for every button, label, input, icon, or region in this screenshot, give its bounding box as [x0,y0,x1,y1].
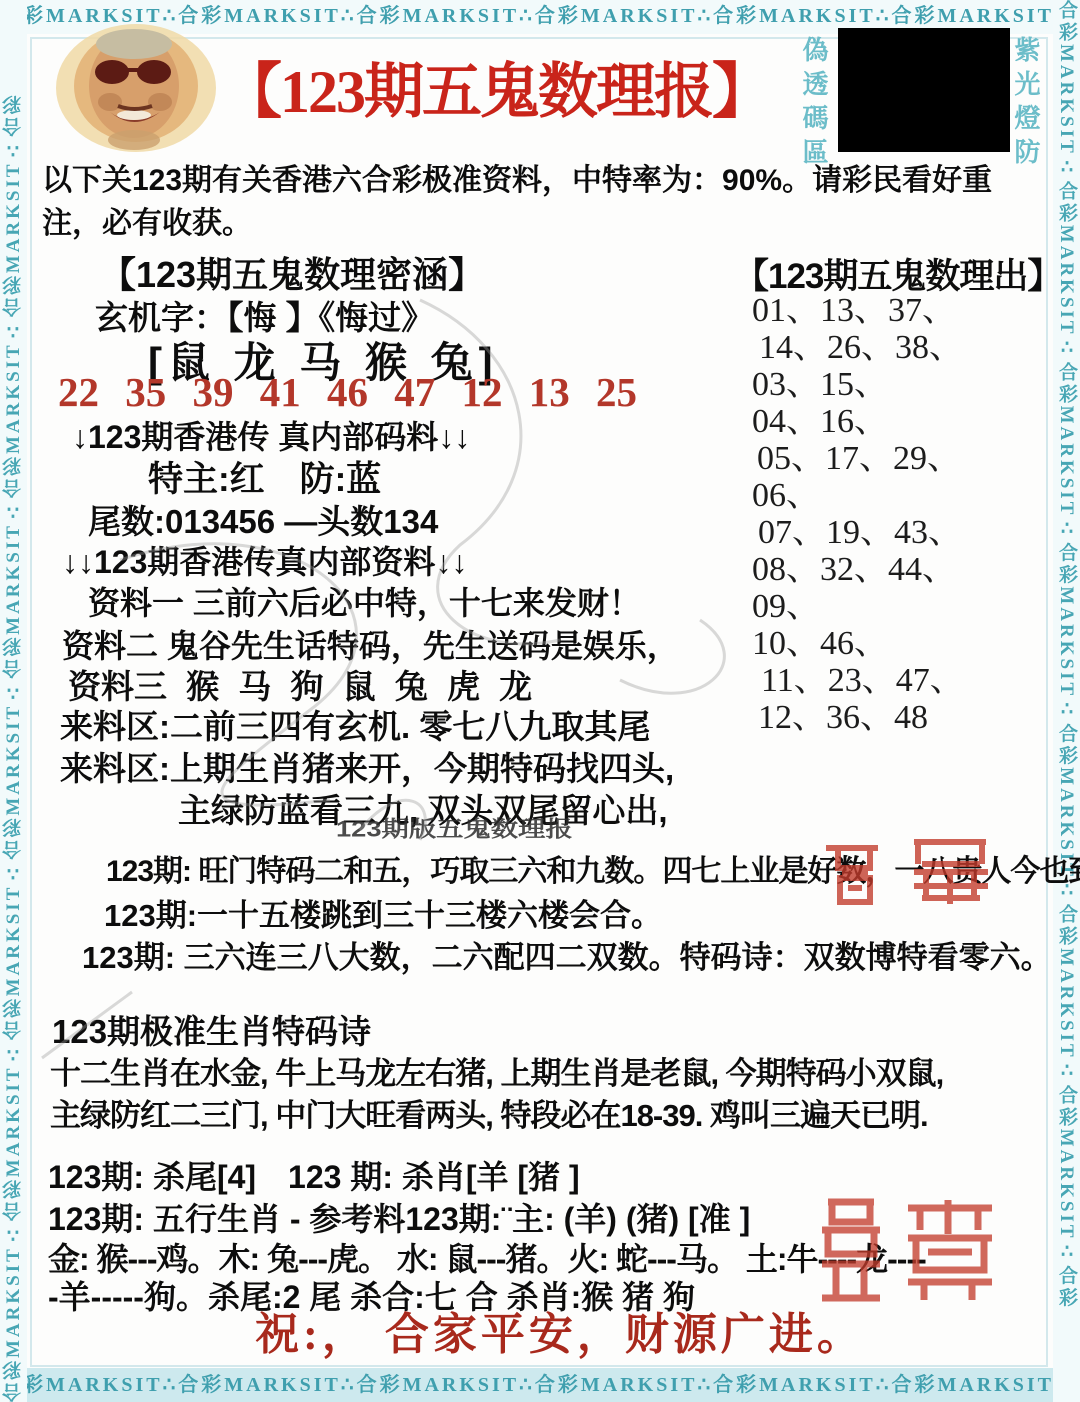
faint-subtitle: 123期版五鬼数理报 [336,812,573,843]
source-line-1: 来料区:二前三四有玄机. 零七八九取其尾 [60,701,650,748]
info-line-1: 资料一 三前六后必中特，十七来发财！ [88,578,641,624]
number-row: 04、16、 [752,403,964,440]
smiling-man-portrait [52,20,220,160]
border-bottom-marksit: 合彩MARKSIT∴合彩MARKSIT∴合彩MARKSIT∴合彩MARKSIT∴… [0,1368,1080,1402]
main-color-line: 特主:红 防:蓝 [148,452,381,502]
tail-head-numbers-line: 尾数:013456 —头数134 [88,496,438,543]
number-row: 12、36、48 [758,699,964,736]
code-area-left-label: 偽透碼區 [801,36,827,172]
zodiac-poem-line-1: 十二生肖在水金, 牛上马龙左右猪, 上期生肖是老鼠, 今期特码小双鼠, [50,1048,943,1093]
hk-fax-material-line: ↓↓123期香港传真内部资料↓↓ [62,537,467,583]
number-row: 14、26、38、 [759,329,964,366]
number-row: 01、13、37、 [752,292,964,329]
zodiac-poem-header: 123期极准生肖特码诗 [52,1006,371,1053]
uv-lamp-right-label: 紫光燈防 [1013,36,1039,172]
page-title: 【123期五鬼数理报】 [222,44,770,130]
zodiac-poem-line-2: 主绿防红二三门, 中门大旺看两头, 特段必在18-39. 鸡叫三遍天已明. [50,1090,928,1135]
kill-tail-line: 123期: 杀尾[4] 123 期: 杀肖[羊 [猪 ] [48,1152,580,1198]
blessing-line: 祝:， 合家平安，财源广进。 [180,1298,940,1362]
number-row: 05、17、29、 [757,440,964,477]
number-row: 06、 [752,477,964,514]
number-row: 09、 [752,588,964,625]
anti-counterfeit-noise-block [838,28,1010,152]
border-right-marksit: 合彩MARKSIT∴合彩MARKSIT∴合彩MARKSIT∴合彩MARKSIT∴… [1053,0,1080,1402]
number-row: 08、32、44、 [752,551,964,588]
source-line-2: 来料区:上期生肖猪来开，今期特码找四头, [60,743,674,790]
number-row: 10、46、 [752,625,964,662]
red-numbers-line: 22 35 39 41 46 47 12 13 25 [58,368,637,416]
issue-tip-line-1: 123期: 旺门特码二和五，巧取三六和九数。四七上业是好数，一八贵人今也到。 [106,846,1080,890]
number-output-list: 01、13、37、 14、26、38、 03、15、 04、16、 05、17、… [752,292,964,736]
issue-tip-line-2: 123期:一十五楼跳到三十三楼六楼会合。 [104,890,662,935]
number-row: 11、23、47、 [761,662,964,699]
lottery-tip-sheet-page: 合彩MARKSIT∴合彩MARKSIT∴合彩MARKSIT∴合彩MARKSIT∴… [0,0,1080,1402]
issue-tip-line-3: 123期: 三六连三八大数，二六配四二双数。特码诗：双数博特看零六。 [82,932,1052,977]
intro-paragraph: 以下关123期有关香港六合彩极准资料，中特率为：90%。请彩民看好重注，必有收获… [42,160,1042,245]
number-row: 03、15、 [752,366,964,403]
number-row: 07、19、43、 [758,514,964,551]
left-section-header: 【123期五鬼数理密涵】 [100,247,484,298]
border-left-marksit: 合彩MARKSIT∴合彩MARKSIT∴合彩MARKSIT∴合彩MARKSIT∴… [0,0,27,1402]
